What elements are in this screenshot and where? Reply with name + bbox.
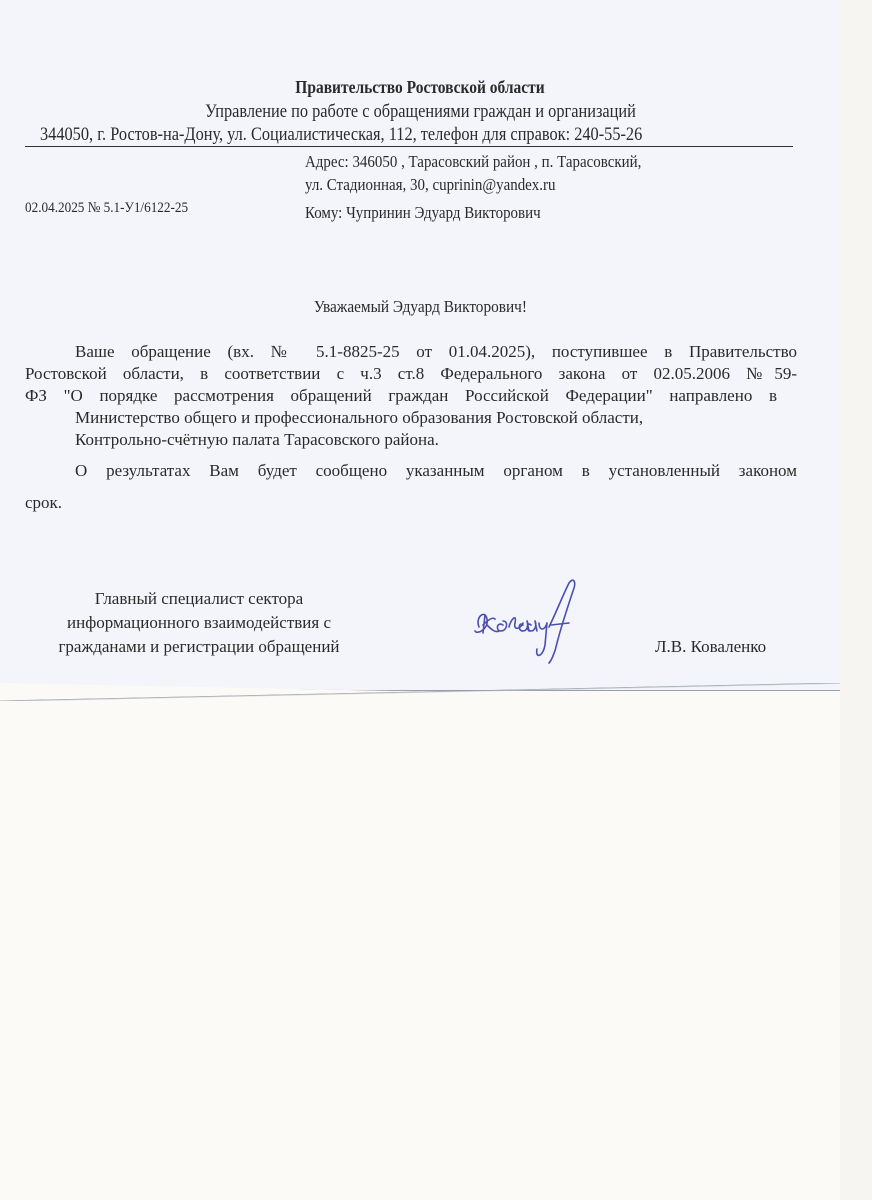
body-line: Ростовской области, в соответствии с ч.3… <box>25 364 797 384</box>
body-line: Контрольно-счётную палата Тарасовского р… <box>75 430 847 450</box>
page-edge-shadow <box>0 683 840 701</box>
signatory-title-line: Главный специалист сектора <box>25 589 373 609</box>
body-line: срок. <box>25 493 797 513</box>
signatory-name: Л.В. Коваленко <box>655 637 766 657</box>
letterhead-address: 344050, г. Ростов-на-Дону, ул. Социалист… <box>40 124 642 146</box>
body-line: О результатах Вам будет сообщено указанн… <box>75 461 797 481</box>
body-line: Ваше обращение (вх. № 5.1-8825-25 от 01.… <box>75 342 797 362</box>
letterhead-organization: Правительство Ростовской области <box>0 77 840 98</box>
handwritten-signature-icon <box>465 575 595 667</box>
salutation: Уважаемый Эдуард Викторович! <box>0 297 840 317</box>
recipient-address-line1: Адрес: 346050 , Тарасовский район , п. Т… <box>305 152 641 172</box>
body-line: ФЗ "О порядке рассмотрения обращений гра… <box>25 386 777 406</box>
scan-background <box>840 0 872 1200</box>
letterhead-divider <box>25 146 793 147</box>
recipient-address-line2: ул. Стадионная, 30, cuprinin@yandex.ru <box>305 175 555 195</box>
signatory-title-line: информационного взаимодействия с <box>25 613 373 633</box>
signatory-title-line: гражданами и регистрации обращений <box>25 637 373 657</box>
letterhead-department: Управление по работе с обращениями гражд… <box>0 101 840 123</box>
body-line: Министерство общего и профессионального … <box>75 408 847 428</box>
recipient-name: Кому: Чупринин Эдуард Викторович <box>305 203 541 223</box>
document-reference-number: 02.04.2025 № 5.1-У1/6122-25 <box>25 200 188 217</box>
